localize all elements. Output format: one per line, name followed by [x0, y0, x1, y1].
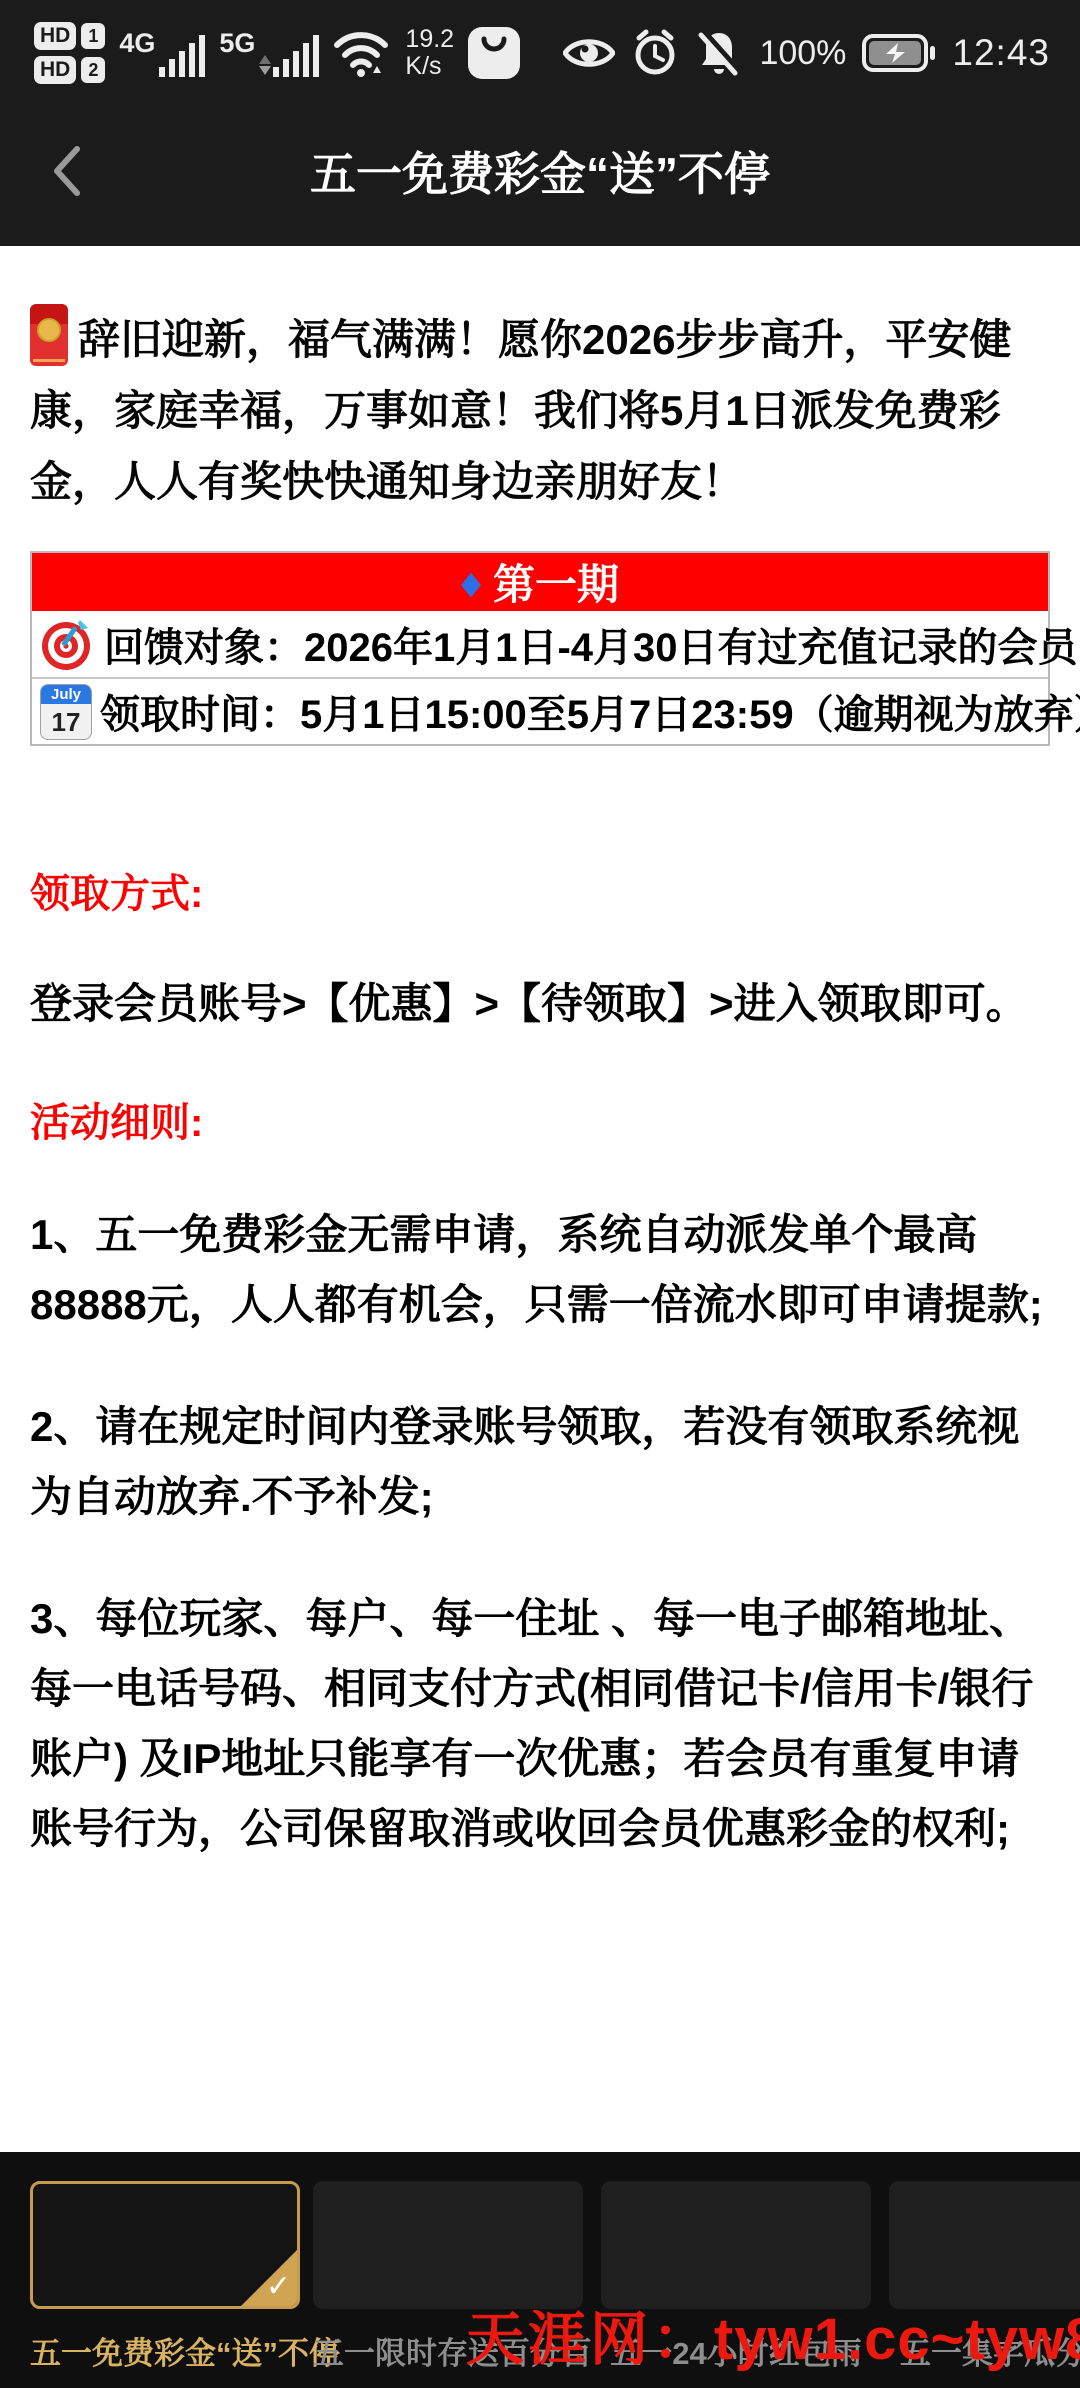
- signal-bars-icon: [159, 35, 205, 77]
- table-header: ◆ 第一期: [32, 553, 1048, 611]
- network-5g-label: 5G: [219, 30, 255, 57]
- watermark-cn: 天涯网：: [466, 2307, 714, 2372]
- speed-value: 19.2: [405, 26, 454, 53]
- blue-diamond-icon: ◆: [461, 566, 481, 599]
- calendar-day: 17: [41, 704, 91, 740]
- bag-icon: [468, 27, 520, 79]
- table-row-text: 回馈对象：2026年1月1日-4月30日有过充值记录的会员: [104, 616, 1078, 673]
- promo-table: ◆ 第一期 回馈对象：2026年1月1日-4月30日有过充值记录的会员: [30, 551, 1050, 746]
- sim1-badge: HD 1: [34, 22, 105, 50]
- promo-content: 辞旧迎新，福气满满！愿你2026步步高升，平安健康，家庭幸福，万事如意！我们将5…: [0, 246, 1080, 2152]
- table-header-label: 第一期: [493, 552, 619, 612]
- promo-thumb[interactable]: [313, 2181, 583, 2309]
- rule-item-2: 2、请在规定时间内登录账号领取，若没有领取系统视为自动放弃.不予补发;: [30, 1392, 1050, 1532]
- status-bar: HD 1 HD 2 4G: [0, 0, 1080, 96]
- battery-charging-icon: [862, 34, 936, 72]
- hd-icon: HD: [34, 56, 76, 84]
- network-4g-label: 4G: [119, 30, 155, 57]
- promo-thumb[interactable]: [889, 2181, 1080, 2309]
- watermark: 天涯网：tyw1.cc~tyw8.cc: [466, 2292, 1080, 2376]
- calendar-month: July: [41, 685, 91, 704]
- data-arrows-icon: [259, 55, 271, 75]
- status-right-cluster: 100% 12:43: [563, 29, 1050, 77]
- nav-bar: 五一免费彩金“送”不停: [0, 96, 1080, 246]
- rule-item-1: 1、五一免费彩金无需申请，系统自动派发单个最高88888元，人人都有机会，只需一…: [30, 1200, 1050, 1340]
- top-header: HD 1 HD 2 4G: [0, 0, 1080, 246]
- network-5g: 5G: [219, 30, 319, 77]
- battery-percent: 100%: [759, 34, 846, 73]
- promo-thumb-label[interactable]: 五一免费彩金“送”不停: [30, 2328, 300, 2373]
- promo-thumb-current[interactable]: ✓: [30, 2181, 300, 2309]
- promo-thumb[interactable]: [601, 2181, 871, 2309]
- red-envelope-icon: [30, 304, 68, 366]
- sim2-number: 2: [81, 57, 105, 83]
- network-4g: 4G: [119, 30, 205, 77]
- eye-icon: [563, 34, 615, 72]
- network-speed: 19.2 K/s: [405, 26, 454, 80]
- calendar-icon: July 17: [40, 684, 92, 740]
- signal-bars-icon: [273, 35, 319, 77]
- claim-method-title: 领取方式:: [30, 862, 1050, 919]
- rule-item-3: 3、每位玩家、每户、每一住址 、每一电子邮箱地址、每一电话号码、相同支付方式(相…: [30, 1584, 1050, 1864]
- table-row-text: 领取时间：5月1日15:00至5月7日23:59（逾期视为放弃）: [100, 683, 1080, 740]
- check-icon: ✓: [266, 2269, 291, 2304]
- table-row: July 17 领取时间：5月1日15:00至5月7日23:59（逾期视为放弃）: [32, 677, 1048, 744]
- hd-icon: HD: [34, 22, 76, 50]
- status-left-cluster: HD 1 HD 2 4G: [34, 22, 520, 84]
- rules-title: 活动细则:: [30, 1091, 1050, 1148]
- sim-badges: HD 1 HD 2: [34, 22, 105, 84]
- intro-text: 辞旧迎新，福气满满！愿你2026步步高升，平安健康，家庭幸福，万事如意！我们将5…: [30, 316, 1011, 505]
- wifi-icon: [333, 29, 391, 77]
- page-title: 五一免费彩金“送”不停: [310, 138, 770, 204]
- bell-muted-icon: [695, 29, 743, 77]
- intro-paragraph: 辞旧迎新，福气满满！愿你2026步步高升，平安健康，家庭幸福，万事如意！我们将5…: [30, 304, 1050, 517]
- back-button[interactable]: [38, 143, 94, 199]
- table-row: 回馈对象：2026年1月1日-4月30日有过充值记录的会员: [32, 611, 1048, 677]
- claim-method-text: 登录会员账号>【优惠】>【待领取】>进入领取即可。: [30, 971, 1050, 1031]
- sim2-badge: HD 2: [34, 56, 105, 84]
- alarm-clock-icon: [631, 29, 679, 77]
- chevron-left-icon: [49, 143, 83, 199]
- dartboard-icon: [40, 616, 96, 672]
- sim1-number: 1: [81, 23, 105, 49]
- watermark-url: tyw1.cc~tyw8.cc: [714, 2307, 1080, 2372]
- speed-unit: K/s: [405, 53, 454, 80]
- status-time: 12:43: [952, 32, 1050, 74]
